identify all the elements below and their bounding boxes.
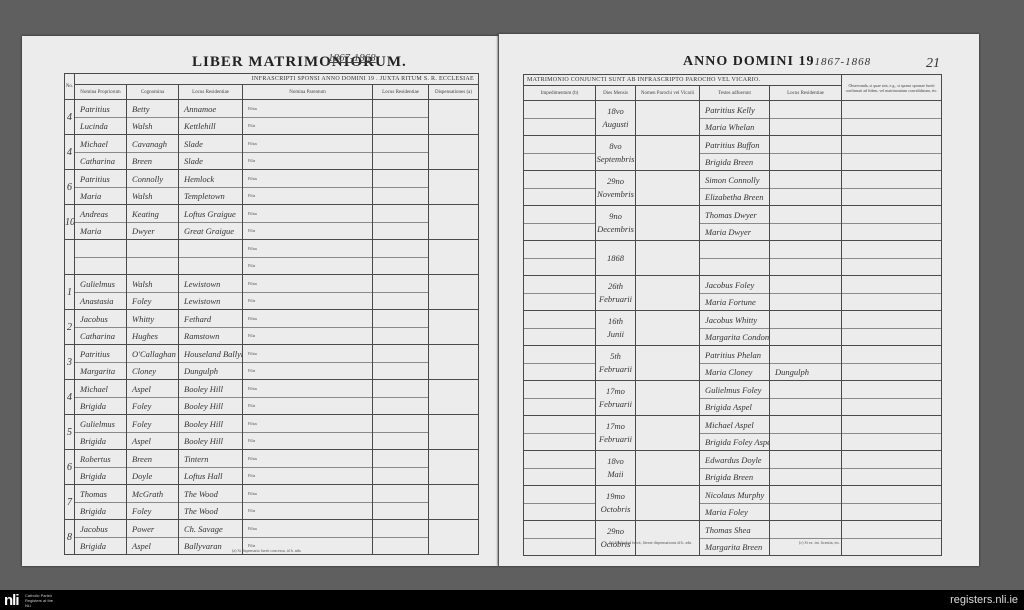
filia-label: Filia: [243, 188, 372, 204]
table-row: 29noNovembrisSimon ConnollyElizabetha Br…: [524, 171, 942, 206]
groom-first-name: Michael: [75, 136, 126, 153]
witness-2: Brigida Aspel: [700, 399, 769, 415]
bride-surname: Aspel: [127, 433, 178, 449]
groom-residence: [179, 241, 242, 258]
table-row: 4MichaelCatharinaCavanaghBreenSladeSlade…: [65, 135, 479, 170]
bride-residence: Great Graigue: [179, 223, 242, 239]
marriage-day: 18vo: [607, 456, 624, 466]
witness-1: Thomas Dwyer: [700, 207, 769, 224]
marriage-month: Junii: [607, 329, 624, 339]
marriage-day: 1868: [607, 253, 624, 263]
marriage-register-table-left: No. INFRASCRIPTI SPONSI ANNO DOMINI 19 .…: [64, 73, 479, 555]
bride-residence: Kettlehill: [179, 118, 242, 134]
witness-1: Simon Connolly: [700, 172, 769, 189]
entry-number: 4: [65, 135, 75, 170]
witness-2: Elizabetha Breen: [700, 189, 769, 205]
entry-number: 4: [65, 380, 75, 415]
witness-1: Jacobus Whitty: [700, 312, 769, 329]
witness-residence: [770, 154, 841, 170]
entry-number: 3: [65, 345, 75, 380]
groom-first-name: Patritius: [75, 101, 126, 118]
bride-first-name: Maria: [75, 188, 126, 204]
witness-2: Margarita Breen: [700, 539, 769, 555]
bride-surname: Hughes: [127, 328, 178, 344]
bride-surname: Foley: [127, 293, 178, 309]
bride-residence: [179, 258, 242, 274]
bride-residence: Dungulph: [179, 363, 242, 379]
bride-surname: [127, 258, 178, 274]
year-note: 1867-1868: [328, 52, 376, 64]
groom-surname: Foley: [127, 416, 178, 433]
groom-first-name: Jacobus: [75, 521, 126, 538]
bride-first-name: Brigida: [75, 538, 126, 554]
filius-label: Filius: [243, 486, 372, 503]
col-header-observanda: Observanda, si quae sint, e.g., si spons…: [842, 75, 942, 101]
bride-first-name: Maria: [75, 223, 126, 239]
filius-label: Filius: [243, 101, 372, 118]
col-header-witness-residence: Locus Residentiae: [770, 86, 842, 101]
marriage-day: 29no: [607, 526, 624, 536]
witness-2: Brigida Breen: [700, 469, 769, 485]
bride-first-name: Brigida: [75, 468, 126, 484]
filius-label: Filius: [243, 451, 372, 468]
table-row: FiliusFilia: [65, 240, 479, 275]
table-row: 17moFebruariiGulielmus FoleyBrigida Aspe…: [524, 381, 942, 416]
witness-residence: [770, 329, 841, 345]
bride-surname: Dwyer: [127, 223, 178, 239]
bride-residence: Slade: [179, 153, 242, 169]
footnote-left: (a) Si dispensatio fuerit concessa, id h…: [232, 548, 302, 553]
bride-surname: Walsh: [127, 188, 178, 204]
groom-first-name: Andreas: [75, 206, 126, 223]
marriage-month: Maii: [607, 469, 623, 479]
filia-label: Filia: [243, 363, 372, 379]
marriage-month: Februarii: [599, 364, 632, 374]
footer-bar: nli Catholic Parish Registers at the NLI…: [0, 590, 1024, 610]
marriage-month: Septembris: [597, 154, 635, 164]
witness-1: Jacobus Foley: [700, 277, 769, 294]
groom-surname: Breen: [127, 451, 178, 468]
entry-number: 5: [65, 415, 75, 450]
groom-surname: Connolly: [127, 171, 178, 188]
table-row: 5thFebruariiPatritius PhelanMaria Cloney…: [524, 346, 942, 381]
table-row: 2JacobusCatharinaWhittyHughesFethardRams…: [65, 310, 479, 345]
marriage-month: Decembris: [597, 224, 634, 234]
groom-surname: [127, 241, 178, 258]
right-page: ANNO DOMINI 191867-1868 21 MATRIMONIO CO…: [498, 34, 979, 566]
filius-label: Filius: [243, 416, 372, 433]
table-row: 16thJuniiJacobus WhittyMargarita Condon: [524, 311, 942, 346]
bride-surname: Walsh: [127, 118, 178, 134]
year-note: 1867-1868: [814, 56, 871, 68]
table-row: 10AndreasMariaKeatingDwyerLoftus Graigue…: [65, 205, 479, 240]
table-row: 18voAugustiPatritius KellyMaria Whelan: [524, 101, 942, 136]
witness-2: Maria Foley: [700, 504, 769, 520]
witness-residence: [770, 189, 841, 205]
witness-residence: [770, 224, 841, 240]
col-header-residence: Locus Residentiae: [179, 85, 243, 100]
entry-number: 2: [65, 310, 75, 345]
groom-first-name: Patritius: [75, 346, 126, 363]
site-link[interactable]: registers.nli.ie: [950, 594, 1018, 606]
filia-label: Filia: [243, 258, 372, 274]
col-header-witnesses: Testes adfuerunt: [700, 86, 770, 101]
col-header-no: No.: [65, 74, 75, 100]
witness-residence: [770, 504, 841, 520]
witness-1: Patritius Phelan: [700, 347, 769, 364]
witness-2: Margarita Condon: [700, 329, 769, 345]
witness-residence: Dungulph: [770, 364, 841, 380]
marriage-month: Februarii: [599, 399, 632, 409]
filia-label: Filia: [243, 293, 372, 309]
filius-label: Filius: [243, 206, 372, 223]
groom-first-name: Thomas: [75, 486, 126, 503]
groom-residence: Houseland Ballyhack: [179, 346, 242, 363]
table-row: 5GulielmusBrigidaFoleyAspelBooley HillBo…: [65, 415, 479, 450]
header-top: MATRIMONIO CONJUNCTI SUNT AB INFRASCRIPT…: [524, 75, 842, 86]
groom-residence: Slade: [179, 136, 242, 153]
groom-residence: Fethard: [179, 311, 242, 328]
filius-label: Filius: [243, 276, 372, 293]
groom-first-name: Robertus: [75, 451, 126, 468]
marriage-month: Octobris: [601, 504, 631, 514]
witness-1: Edwardus Doyle: [700, 452, 769, 469]
col-header-first-name: Nomina Propriorum: [75, 85, 127, 100]
col-header-surname: Cognomina: [127, 85, 179, 100]
marriage-month: Februarii: [599, 434, 632, 444]
table-row: 4PatritiusLucindaBettyWalshAnnamoeKettle…: [65, 100, 479, 135]
table-row: 6RobertusBrigidaBreenDoyleTinternLoftus …: [65, 450, 479, 485]
table-row: 9noDecembrisThomas DwyerMaria Dwyer: [524, 206, 942, 241]
groom-surname: Betty: [127, 101, 178, 118]
filia-label: Filia: [243, 118, 372, 134]
bride-surname: Foley: [127, 503, 178, 519]
table-row: 4MichaelBrigidaAspelFoleyBooley HillBool…: [65, 380, 479, 415]
witness-1: Nicolaus Murphy: [700, 487, 769, 504]
groom-residence: Hemlock: [179, 171, 242, 188]
groom-residence: Ch. Savage: [179, 521, 242, 538]
table-row: 17moFebruariiMichael AspelBrigida Foley …: [524, 416, 942, 451]
witness-1: Patritius Kelly: [700, 102, 769, 119]
entry-number: 7: [65, 485, 75, 520]
filia-label: Filia: [243, 468, 372, 484]
witness-1: Patritius Buffon: [700, 137, 769, 154]
groom-residence: Loftus Graigue: [179, 206, 242, 223]
filius-label: Filius: [243, 346, 372, 363]
footnote-right-2: (c) Si ex. int. licentia, etc.: [799, 540, 840, 545]
marriage-day: 17mo: [606, 421, 625, 431]
witness-1: Gulielmus Foley: [700, 382, 769, 399]
bride-surname: Breen: [127, 153, 178, 169]
groom-first-name: Michael: [75, 381, 126, 398]
groom-surname: Walsh: [127, 276, 178, 293]
col-header-impediment: Impedimentum (b): [524, 86, 596, 101]
groom-surname: Whitty: [127, 311, 178, 328]
anno-domini-label: ANNO DOMINI 19: [683, 54, 814, 69]
table-row: 26thFebruariiJacobus FoleyMaria Fortune: [524, 276, 942, 311]
left-page: LIBER MATRIMONIORUM. 1867-1868 No. INFRA…: [22, 36, 498, 566]
groom-residence: Lewistown: [179, 276, 242, 293]
nli-logo[interactable]: nli: [4, 592, 19, 609]
witness-2: Maria Dwyer: [700, 224, 769, 240]
marriage-day: 9no: [609, 211, 622, 221]
groom-residence: Tintern: [179, 451, 242, 468]
table-row: 7ThomasBrigidaMcGrathFoleyThe WoodThe Wo…: [65, 485, 479, 520]
marriage-day: 17mo: [606, 386, 625, 396]
header-top: INFRASCRIPTI SPONSI ANNO DOMINI 19 . JUX…: [75, 74, 479, 85]
bride-surname: Foley: [127, 398, 178, 414]
col-header-date: Dies Mensis: [596, 86, 636, 101]
marriage-month: Novembris: [597, 189, 634, 199]
groom-surname: Power: [127, 521, 178, 538]
entry-number: 6: [65, 170, 75, 205]
filius-label: Filius: [243, 521, 372, 538]
bride-surname: Aspel: [127, 538, 178, 554]
bride-first-name: Anastasia: [75, 293, 126, 309]
witness-2: Brigida Foley Aspel: [700, 434, 769, 450]
marriage-month: Augusti: [603, 119, 629, 129]
witness-2: [700, 259, 769, 275]
filius-label: Filius: [243, 241, 372, 258]
witness-2: Maria Fortune: [700, 294, 769, 310]
groom-first-name: [75, 241, 126, 258]
marriage-day: 29no: [607, 176, 624, 186]
table-row: 29noOctobrisThomas SheaMargarita Breen: [524, 521, 942, 556]
bride-residence: Loftus Hall: [179, 468, 242, 484]
marriage-day: 5th: [610, 351, 621, 361]
marriage-day: 18vo: [607, 106, 624, 116]
marriage-day: 26th: [608, 281, 623, 291]
bride-surname: Cloney: [127, 363, 178, 379]
witness-residence: [770, 259, 841, 275]
witness-residence: [770, 434, 841, 450]
groom-surname: McGrath: [127, 486, 178, 503]
page-number: 21: [926, 56, 940, 72]
bride-residence: Templetown: [179, 188, 242, 204]
entry-number: [65, 240, 75, 275]
image-viewer[interactable]: LIBER MATRIMONIORUM. 1867-1868 No. INFRA…: [0, 0, 1024, 590]
witness-2: Maria Whelan: [700, 119, 769, 135]
bride-first-name: Catharina: [75, 153, 126, 169]
entry-number: 4: [65, 100, 75, 135]
filius-label: Filius: [243, 136, 372, 153]
groom-first-name: Jacobus: [75, 311, 126, 328]
groom-first-name: Gulielmus: [75, 416, 126, 433]
anno-domini-title: ANNO DOMINI 191867-1868: [683, 54, 871, 70]
bride-residence: Booley Hill: [179, 433, 242, 449]
table-row: 1GulielmusAnastasiaWalshFoleyLewistownLe…: [65, 275, 479, 310]
witness-2: Brigida Breen: [700, 154, 769, 170]
footnote-right-1: (b) Si aliquod fuerit, literae dispensat…: [609, 540, 692, 545]
bride-first-name: Brigida: [75, 398, 126, 414]
marriage-day: 8vo: [609, 141, 621, 151]
bride-residence: Booley Hill: [179, 398, 242, 414]
col-header-dispensations: Dispensationes (a): [429, 85, 479, 100]
filius-label: Filius: [243, 311, 372, 328]
bride-surname: Doyle: [127, 468, 178, 484]
filius-label: Filius: [243, 171, 372, 188]
bride-residence: Lewistown: [179, 293, 242, 309]
col-header-priest: Nomen Parochi vel Vicarii: [636, 86, 700, 101]
entry-number: 6: [65, 450, 75, 485]
bride-first-name: Lucinda: [75, 118, 126, 134]
witness-1: Michael Aspel: [700, 417, 769, 434]
entry-number: 10: [65, 205, 75, 240]
groom-residence: Booley Hill: [179, 416, 242, 433]
marriage-register-table-right: MATRIMONIO CONJUNCTI SUNT AB INFRASCRIPT…: [523, 74, 942, 556]
groom-residence: Booley Hill: [179, 381, 242, 398]
groom-residence: Annamoe: [179, 101, 242, 118]
groom-surname: Aspel: [127, 381, 178, 398]
witness-residence: [770, 119, 841, 135]
marriage-day: 19mo: [606, 491, 625, 501]
bride-first-name: Brigida: [75, 433, 126, 449]
logo-subtitle: Catholic Parish Registers at the NLI: [25, 593, 55, 608]
filius-label: Filius: [243, 381, 372, 398]
witness-2: Maria Cloney: [700, 364, 769, 380]
table-row: 18voMaiiEdwardus DoyleBrigida Breen: [524, 451, 942, 486]
col-header-parents: Nomina Parentum: [243, 85, 373, 100]
bride-residence: The Wood: [179, 503, 242, 519]
groom-surname: O'Callaghan: [127, 346, 178, 363]
table-row: 1868: [524, 241, 942, 276]
col-header-parents-residence: Locus Residentiae: [373, 85, 429, 100]
filia-label: Filia: [243, 433, 372, 449]
bride-first-name: Margarita: [75, 363, 126, 379]
filia-label: Filia: [243, 398, 372, 414]
groom-first-name: Patritius: [75, 171, 126, 188]
table-row: 3PatritiusMargaritaO'CallaghanCloneyHous…: [65, 345, 479, 380]
witness-1: Thomas Shea: [700, 522, 769, 539]
filia-label: Filia: [243, 328, 372, 344]
entry-number: 8: [65, 520, 75, 555]
filia-label: Filia: [243, 153, 372, 169]
groom-surname: Cavanagh: [127, 136, 178, 153]
filia-label: Filia: [243, 503, 372, 519]
bride-first-name: Brigida: [75, 503, 126, 519]
marriage-day: 16th: [608, 316, 623, 326]
table-row: 19moOctobrisNicolaus MurphyMaria Foley: [524, 486, 942, 521]
witness-residence: [770, 399, 841, 415]
marriage-month: Februarii: [599, 294, 632, 304]
groom-first-name: Gulielmus: [75, 276, 126, 293]
bride-first-name: [75, 258, 126, 274]
table-row: 8voSeptembrisPatritius BuffonBrigida Bre…: [524, 136, 942, 171]
table-row: 6PatritiusMariaConnollyWalshHemlockTempl…: [65, 170, 479, 205]
entry-number: 1: [65, 275, 75, 310]
witness-residence: [770, 469, 841, 485]
groom-residence: The Wood: [179, 486, 242, 503]
witness-residence: [770, 294, 841, 310]
witness-1: [700, 242, 769, 259]
bride-first-name: Catharina: [75, 328, 126, 344]
bride-residence: Ramstown: [179, 328, 242, 344]
groom-surname: Keating: [127, 206, 178, 223]
filia-label: Filia: [243, 223, 372, 239]
